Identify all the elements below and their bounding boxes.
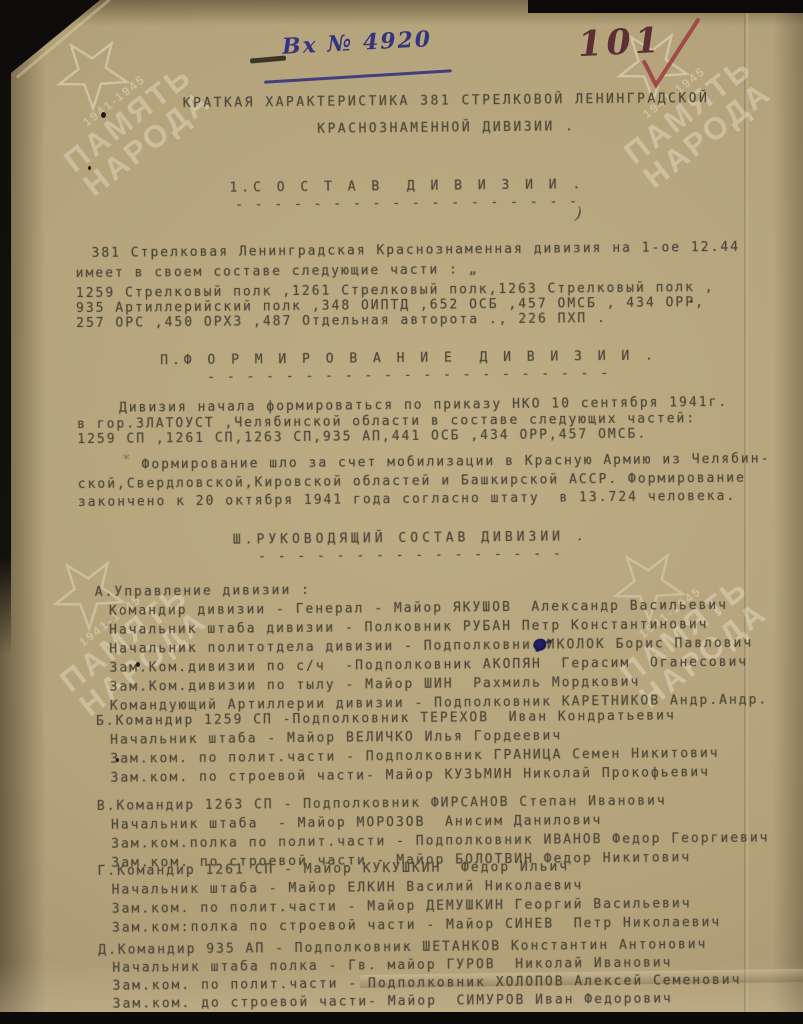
paper-speck <box>116 758 119 762</box>
scan-edge-left <box>0 0 11 655</box>
command-block-935-artillery-regiment: Д.Командир 935 АП - Подполковник ШЕТАНКО… <box>98 936 742 1014</box>
scan-edge-top <box>528 0 803 13</box>
scanned-document-page: 1941-1945 ПАМЯТЬ НАРОДА 1941-1945 ПАМЯТЬ… <box>0 0 803 1024</box>
red-checkmark <box>636 12 708 92</box>
section-2-paragraph-1: Дивизия начала формироваться по приказу … <box>77 395 729 448</box>
section-1-units-list: 1259 Стрелковый полк ,1261 Стрелковый по… <box>76 280 715 331</box>
faint-asterisk-mark: * <box>122 452 130 468</box>
typewritten-layer: КРАТКАЯ ХАРАКТЕРИСТИКА 381 СТРЕЛКОВОЙ ЛЕ… <box>0 0 803 1024</box>
section-1-intro: 381 Стрелковая Ленинградская Краснознаме… <box>75 238 740 284</box>
document-title: КРАТКАЯ ХАРАКТЕРИСТИКА 381 СТРЕЛКОВОЙ ЛЕ… <box>86 84 803 145</box>
ink-blot <box>533 639 546 651</box>
paper-speck <box>88 166 91 170</box>
typed-line-tail: ИКОЛОК Борис Павлович <box>547 636 754 653</box>
typed-line-lead: Начальник политотдела дивизии - Подполко… <box>109 638 532 657</box>
paper-speck <box>690 300 693 303</box>
command-block-1259-regiment: Б.Командир 1259 СП -Подполковник ТЕРЕХОВ… <box>96 706 720 788</box>
section-1-heading: 1.С О С Т А В Д И В И З И И . - - - - - … <box>57 175 757 215</box>
corner-fold <box>0 0 100 82</box>
command-block-division-hq: А.Управление дивизии : Командир дивизии … <box>95 576 769 715</box>
paper-speck <box>101 112 106 118</box>
command-block-1261-regiment: Г.Командир 1261 СП - Майор КУКУШКИН Федо… <box>97 856 721 938</box>
paper-speck <box>136 662 140 667</box>
section-2-heading: П.Ф О Р М И Р О В А Н И Е Д И В И З И И … <box>58 347 758 387</box>
section-3-heading: Ш.РУКОВОДЯЩИЙ СОСТАВ ДИВИЗИИ . - - - - -… <box>60 527 760 567</box>
section-2-paragraph-2: Формирование шло за счет мобилизации в К… <box>77 450 770 512</box>
scan-edge-bottom <box>0 1012 803 1024</box>
